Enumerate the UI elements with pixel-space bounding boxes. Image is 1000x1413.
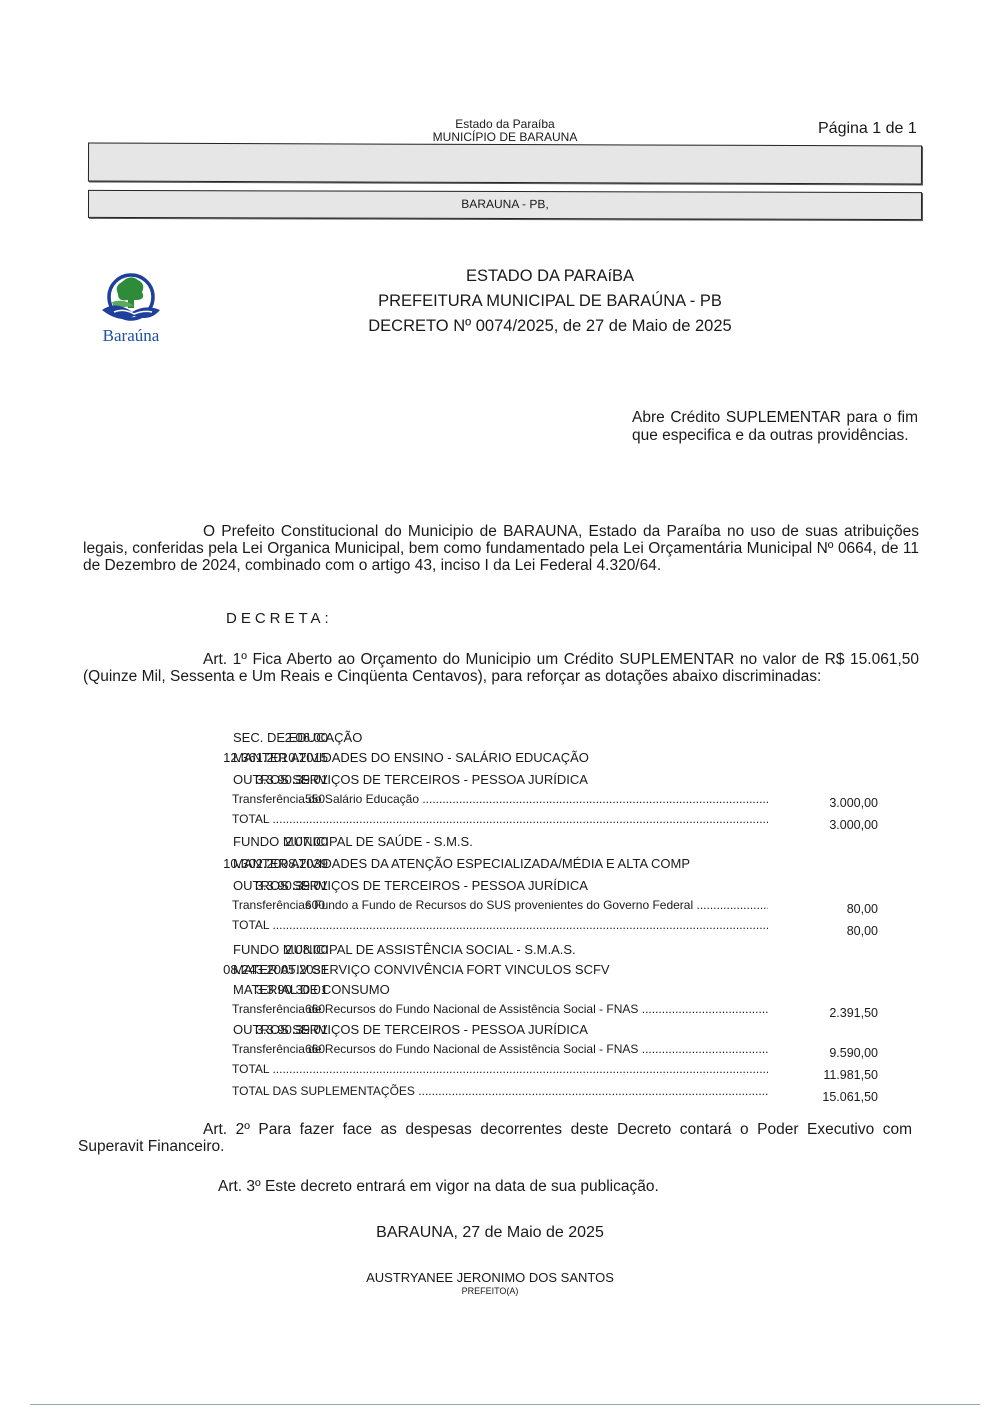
table-row: 660Transferência de Recursos do Fundo Na… <box>100 1042 900 1060</box>
table-row: 2.06.00SEC. DE EDUCAÇÃO <box>100 730 900 748</box>
row-description: TOTAL ..................................… <box>232 1062 768 1076</box>
title-state: ESTADO DA PARAíBA <box>330 264 770 289</box>
table-row: 660Transferência de Recursos do Fundo Na… <box>100 1002 900 1020</box>
row-amount: 15.061,50 <box>822 1090 878 1104</box>
article-1-text: Art. 1º Fica Aberto ao Orçamento do Muni… <box>83 651 919 685</box>
title-decree-number: DECRETO Nº 0074/2025, de 27 de Maio de 2… <box>330 314 770 339</box>
article-3: Art. 3º Este decreto entrará em vigor na… <box>218 1178 659 1196</box>
row-description: OUTROS SERVIÇOS DE TERCEIROS - PESSOA JU… <box>233 1022 588 1037</box>
table-row: 3.3.90.39.01OUTROS SERVIÇOS DE TERCEIROS… <box>100 1022 900 1040</box>
signature-place-date: BARAUNA, 27 de Maio de 2025 <box>300 1224 680 1242</box>
leader-dots: ........................................… <box>419 792 768 806</box>
row-amount: 9.590,00 <box>829 1046 878 1060</box>
table-row: TOTAL DAS SUPLEMENTAÇÕES ...............… <box>100 1084 900 1102</box>
table-row: 600Transferências Fundo a Fundo de Recur… <box>100 898 900 916</box>
header-state-municipality: Estado da Paraíba MUNICÍPIO DE BARAUNA <box>380 118 630 144</box>
page-bottom-rule <box>30 1404 980 1405</box>
signatory-role: PREFEITO(A) <box>300 1286 680 1296</box>
row-description: SEC. DE EDUCAÇÃO <box>233 730 362 745</box>
leader-dots: ........................................… <box>693 898 768 912</box>
decreta-heading: DECRETA: <box>226 610 333 627</box>
row-description: Transferências Fundo a Fundo de Recursos… <box>232 898 768 912</box>
leader-dots: ........................................… <box>269 1062 768 1076</box>
row-amount: 3.000,00 <box>829 818 878 832</box>
article-2-text: Art. 2º Para fazer face as despesas deco… <box>78 1121 912 1155</box>
table-row: 3.3.90.39.01OUTROS SERVIÇOS DE TERCEIROS… <box>100 772 900 790</box>
row-description: TOTAL ..................................… <box>232 918 768 932</box>
preamble-text: O Prefeito Constitucional do Municipio d… <box>83 523 919 574</box>
table-row: TOTAL ..................................… <box>100 918 900 936</box>
preamble-paragraph: O Prefeito Constitucional do Municipio d… <box>83 523 919 574</box>
page-indicator: Página 1 de 1 <box>818 120 917 138</box>
leader-dots: ........................................… <box>638 1002 768 1016</box>
logo-text: Baraúna <box>94 326 168 346</box>
decree-summary: Abre Crédito SUPLEMENTAR para o fim que … <box>632 409 918 445</box>
title-prefecture: PREFEITURA MUNICIPAL DE BARAÚNA - PB <box>330 289 770 314</box>
table-row: 08.243.2005.2031MATER ATIV SERVIÇO CONVI… <box>100 962 900 980</box>
row-amount: 11.981,50 <box>823 1068 878 1082</box>
leader-dots: ........................................… <box>269 918 768 932</box>
row-amount: 80,00 <box>847 902 878 916</box>
header-title-bar <box>88 143 922 185</box>
row-amount: 80,00 <box>847 924 878 938</box>
row-amount: 2.391,50 <box>829 1006 878 1020</box>
row-description: MANTER ATIVIDADES DA ATENÇÃO ESPECIALIZA… <box>233 856 690 871</box>
row-description: OUTROS SERVIÇOS DE TERCEIROS - PESSOA JU… <box>233 772 588 787</box>
header-municipality: MUNICÍPIO DE BARAUNA <box>380 131 630 144</box>
row-description: Transferência do Salário Educação ......… <box>232 792 768 806</box>
table-row: 2.07.00FUNDO MUNICIPAL DE SAÚDE - S.M.S. <box>100 834 900 852</box>
row-description: TOTAL ..................................… <box>232 812 768 826</box>
article-1: Art. 1º Fica Aberto ao Orçamento do Muni… <box>83 651 919 685</box>
municipality-logo: Baraúna <box>94 270 168 350</box>
row-description: TOTAL DAS SUPLEMENTAÇÕES ...............… <box>232 1084 768 1098</box>
table-row: TOTAL ..................................… <box>100 812 900 830</box>
row-description: FUNDO MUNICIPAL DE ASSISTÊNCIA SOCIAL - … <box>233 942 576 957</box>
table-row: 550Transferência do Salário Educação ...… <box>100 792 900 810</box>
row-description: Transferência de Recursos do Fundo Nacio… <box>232 1042 768 1056</box>
row-description: OUTROS SERVIÇOS DE TERCEIROS - PESSOA JU… <box>233 878 588 893</box>
table-row: 3.3.90.30.01MATERIAL DE CONSUMO <box>100 982 900 1000</box>
table-row: 3.3.90.39.01OUTROS SERVIÇOS DE TERCEIROS… <box>100 878 900 896</box>
row-description: MANTER ATIVIDADES DO ENSINO - SALÁRIO ED… <box>233 750 589 765</box>
leader-dots: ........................................… <box>638 1042 768 1056</box>
row-description: FUNDO MUNICIPAL DE SAÚDE - S.M.S. <box>233 834 473 849</box>
header-location-bar: BARAUNA - PB, <box>88 190 922 220</box>
tree-emblem-icon <box>94 270 168 328</box>
article-2: Art. 2º Para fazer face as despesas deco… <box>78 1121 912 1155</box>
leader-dots: ........................................… <box>415 1084 768 1098</box>
row-description: MATERIAL DE CONSUMO <box>233 982 390 997</box>
leader-dots: ........................................… <box>269 812 768 826</box>
row-amount: 3.000,00 <box>829 796 878 810</box>
decree-title-block: ESTADO DA PARAíBA PREFEITURA MUNICIPAL D… <box>330 264 770 339</box>
row-description: Transferência de Recursos do Fundo Nacio… <box>232 1002 768 1016</box>
row-description: MATER ATIV SERVIÇO CONVIVÊNCIA FORT VINC… <box>233 962 610 977</box>
header-location: BARAUNA - PB, <box>89 196 921 212</box>
table-row: 10.302.2008.2039MANTER ATIVIDADES DA ATE… <box>100 856 900 874</box>
signatory-name: AUSTRYANEE JERONIMO DOS SANTOS <box>300 1270 680 1285</box>
table-row: TOTAL ..................................… <box>100 1062 900 1080</box>
table-row: 12.361.2010.2015MANTER ATIVIDADES DO ENS… <box>100 750 900 768</box>
table-row: 2.08.00FUNDO MUNICIPAL DE ASSISTÊNCIA SO… <box>100 942 900 960</box>
